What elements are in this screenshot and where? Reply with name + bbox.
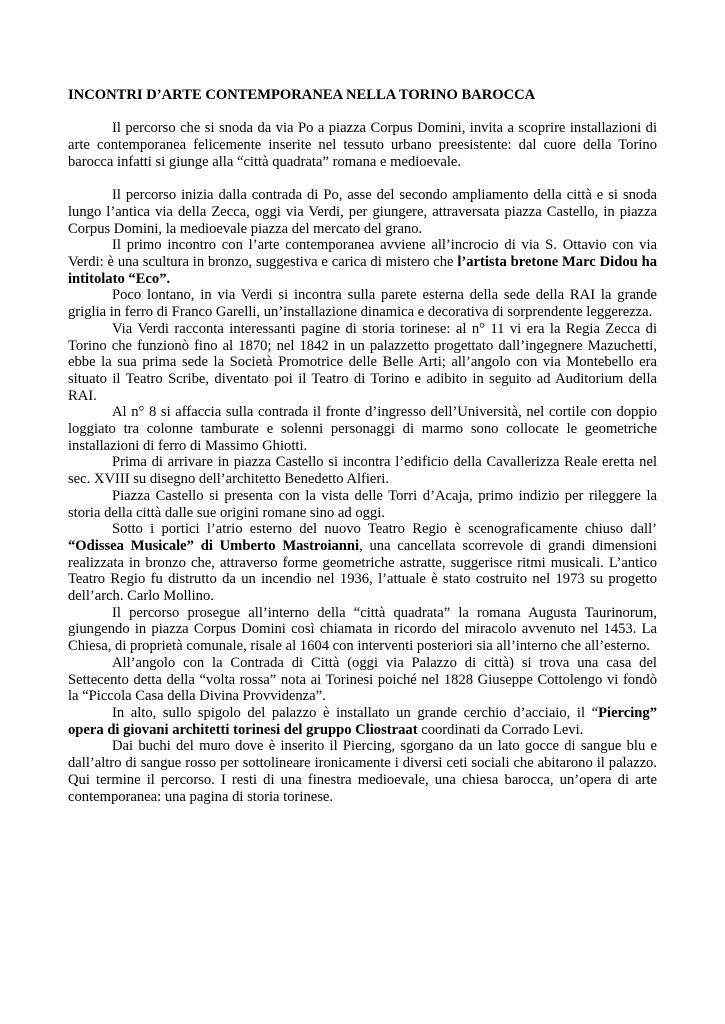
text-run: Il percorso inizia dalla contrada di Po,… [68,187,657,236]
text-run: coordinati da Corrado Levi. [418,722,584,738]
text-run: Piazza Castello si presenta con la vista… [68,488,657,521]
paragraph: In alto, sullo spigolo del palazzo è ins… [68,705,657,738]
document-title: INCONTRI D’ARTE CONTEMPORANEA NELLA TORI… [68,87,657,104]
paragraph: Al n° 8 si affaccia sulla contrada il fr… [68,404,657,454]
text-run: Sotto i portici l’atrio esterno del nuov… [112,521,657,537]
paragraph: Prima di arrivare in piazza Castello si … [68,454,657,487]
paragraph: Il percorso prosegue all’interno della “… [68,605,657,655]
document-page: INCONTRI D’ARTE CONTEMPORANEA NELLA TORI… [68,87,657,805]
text-run: Via Verdi racconta interessanti pagine d… [68,321,657,404]
paragraph: All’angolo con la Contrada di Città (ogg… [68,655,657,705]
text-run: Al n° 8 si affaccia sulla contrada il fr… [68,404,657,453]
paragraph: Il percorso inizia dalla contrada di Po,… [68,187,657,237]
paragraph: Il primo incontro con l’arte contemporan… [68,237,657,287]
paragraph: Poco lontano, in via Verdi si incontra s… [68,287,657,320]
text-run: Il percorso prosegue all’interno della “… [68,605,657,654]
paragraph: Il percorso che si snoda da via Po a pia… [68,120,657,170]
text-run: Prima di arrivare in piazza Castello si … [68,454,657,487]
paragraph: Piazza Castello si presenta con la vista… [68,488,657,521]
paragraph: Sotto i portici l’atrio esterno del nuov… [68,521,657,605]
text-run: Poco lontano, in via Verdi si incontra s… [68,287,657,320]
text-run: Il percorso che si snoda da via Po a pia… [68,120,657,169]
text-run: All’angolo con la Contrada di Città (ogg… [68,655,657,704]
bold-text: “Odissea Musicale” di Umberto Mastroiann… [68,538,359,554]
paragraph: Via Verdi racconta interessanti pagine d… [68,321,657,405]
paragraph: Dai buchi del muro dove è inserito il Pi… [68,738,657,805]
document-body: Il percorso che si snoda da via Po a pia… [68,120,657,805]
text-run: In alto, sullo spigolo del palazzo è ins… [112,705,598,721]
text-run: Dai buchi del muro dove è inserito il Pi… [68,738,657,804]
